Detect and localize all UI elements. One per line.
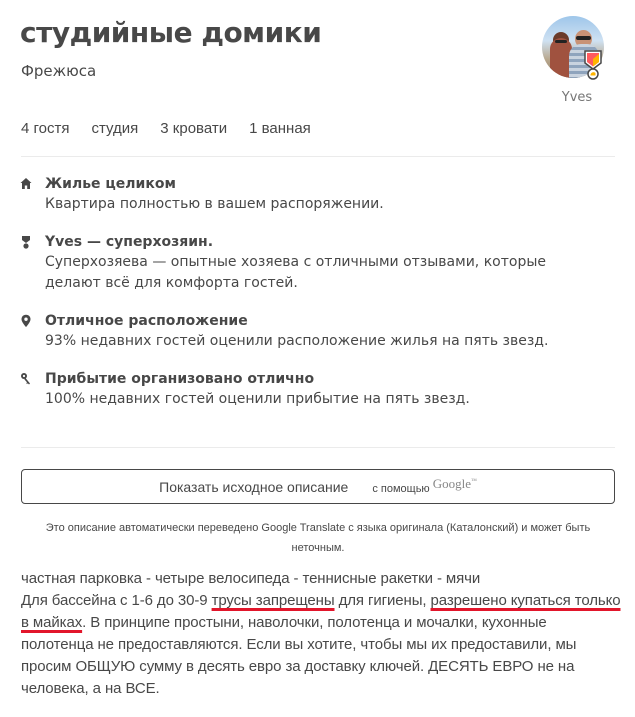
listing-location[interactable]: Фрежюса [21, 62, 96, 80]
feature-description-line: Суперхозяева — опытные хозяева с отличны… [45, 252, 615, 273]
home-icon [20, 177, 32, 191]
google-logo: Google™ [433, 476, 477, 492]
button-label: Показать исходное описание [159, 479, 348, 495]
key-icon [20, 372, 32, 386]
features-list: Жилье целиком Квартира полностью в вашем… [20, 174, 615, 427]
host-name[interactable]: Yves [544, 90, 610, 105]
feature-title[interactable]: Yves — суперхозяин. [45, 232, 615, 252]
feature-location: Отличное расположение 93% недавних госте… [20, 311, 615, 352]
feature-title: Отличное расположение [45, 311, 615, 331]
translated-by-label: с помощью [372, 483, 429, 495]
stat-guests: 4 гостя [21, 120, 70, 137]
superhost-badge-icon [584, 50, 602, 80]
description-paragraph: Для бассейна с 1-6 до 30-9 трусы запреще… [21, 590, 621, 700]
listing-description: частная парковка - четыре велосипеда - т… [21, 568, 621, 700]
show-original-description-button[interactable]: Показать исходное описание с помощью Goo… [21, 469, 615, 504]
feature-title: Прибытие организовано отлично [45, 369, 615, 389]
listing-title: студийные домики [20, 16, 321, 49]
feature-description: Квартира полностью в вашем распоряжении. [45, 194, 615, 215]
feature-superhost: Yves — суперхозяин. Суперхозяева — опытн… [20, 232, 615, 294]
feature-description: 100% недавних гостей оценили прибытие на… [45, 389, 615, 410]
listing-stats: 4 гостя студия 3 кровати 1 ванная [21, 120, 311, 137]
listing-page: студийные домики Фрежюса Yves 4 гостя ст… [0, 0, 635, 717]
feature-entire-home: Жилье целиком Квартира полностью в вашем… [20, 174, 615, 215]
stat-type: студия [92, 120, 139, 137]
feature-description-line: делают всё для комфорта гостей. [45, 273, 615, 294]
divider [21, 156, 615, 157]
description-line: частная парковка - четыре велосипеда - т… [21, 568, 621, 590]
divider [21, 447, 615, 448]
translation-disclaimer: Это описание автоматически переведено Go… [21, 518, 615, 558]
feature-title: Жилье целиком [45, 174, 615, 194]
stat-baths: 1 ванная [249, 120, 311, 137]
location-pin-icon [20, 314, 32, 328]
stat-beds: 3 кровати [160, 120, 227, 137]
superhost-icon [20, 235, 32, 249]
host-profile[interactable]: Yves [540, 16, 610, 105]
underlined-text: трусы запрещены [212, 592, 335, 609]
feature-checkin: Прибытие организовано отлично 100% недав… [20, 369, 615, 410]
feature-description: 93% недавних гостей оценили расположение… [45, 331, 615, 352]
